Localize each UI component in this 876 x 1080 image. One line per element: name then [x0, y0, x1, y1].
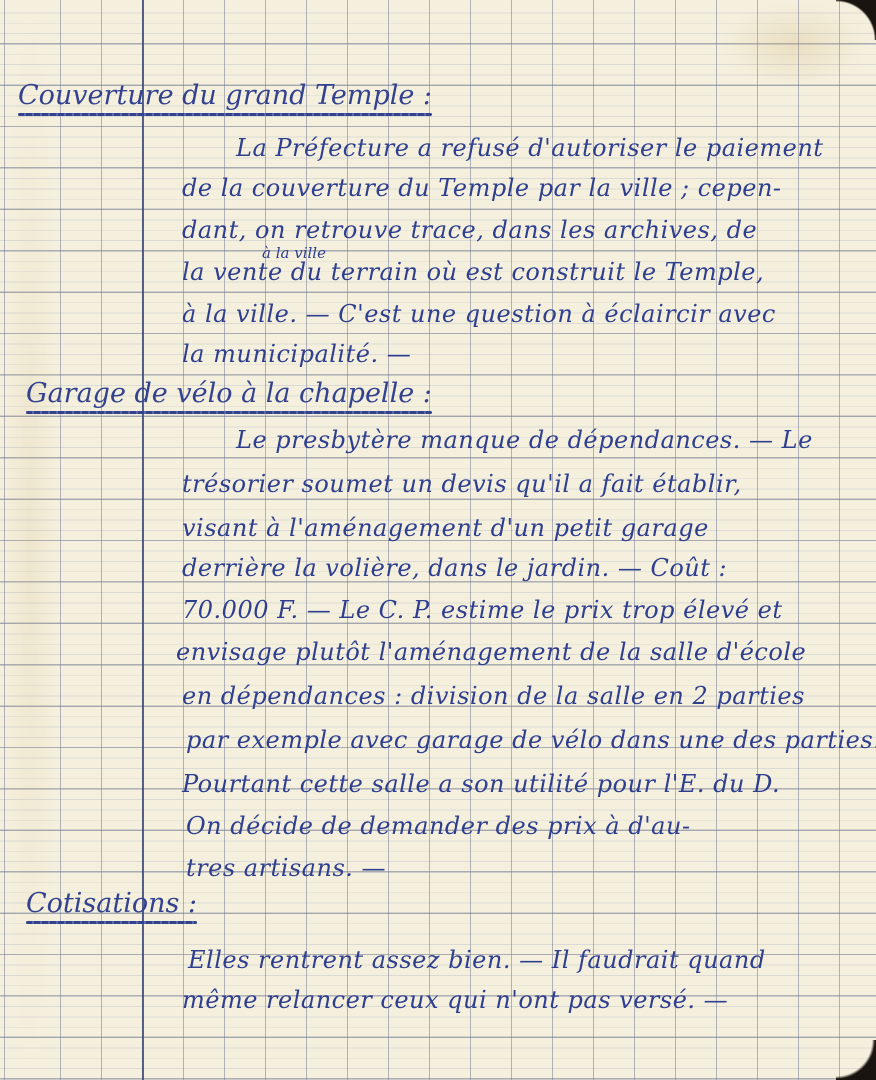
text-line: Elles rentrent assez bien. — Il faudrait… — [188, 948, 766, 972]
text-line: de la couverture du Temple par la ville … — [182, 176, 782, 200]
notebook-page: Couverture du grand Temple : La Préfectu… — [0, 0, 876, 1080]
heading-text: Couverture du grand Temple : — [18, 80, 432, 111]
text-line: tres artisans. — — [186, 856, 386, 880]
section-heading-garage: Garage de vélo à la chapelle : — [26, 378, 432, 414]
text-line: à la ville. — C'est une question à éclai… — [182, 302, 776, 326]
heading-underline — [18, 113, 432, 116]
text-line: envisage plutôt l'aménagement de la sall… — [176, 640, 806, 664]
text-line: en dépendances : division de la salle en… — [182, 684, 805, 708]
text-line: la vente du terrain où est construit le … — [182, 260, 764, 284]
heading-underline — [26, 411, 432, 414]
page-corner-top-right — [836, 0, 876, 40]
text-line: Le presbytère manque de dépendances. — L… — [236, 428, 813, 452]
text-line: On décide de demander des prix à d'au- — [186, 814, 691, 838]
text-line: 70.000 F. — Le C. P. estime le prix trop… — [182, 598, 782, 622]
text-line: trésorier soumet un devis qu'il a fait é… — [182, 472, 742, 496]
text-line: même relancer ceux qui n'ont pas versé. … — [182, 988, 728, 1012]
heading-text: Garage de vélo à la chapelle : — [26, 378, 432, 409]
heading-text: Cotisations : — [26, 888, 197, 919]
section-heading-couverture: Couverture du grand Temple : — [18, 80, 432, 116]
text-line: visant à l'aménagement d'un petit garage — [182, 516, 709, 540]
text-line: dant, on retrouve trace, dans les archiv… — [182, 218, 757, 242]
text-line: la municipalité. — — [182, 342, 411, 366]
text-line: La Préfecture a refusé d'autoriser le pa… — [236, 136, 823, 160]
section-heading-cotisations: Cotisations : — [26, 888, 197, 924]
page-corner-bottom-right — [836, 1040, 876, 1080]
text-line: par exemple avec garage de vélo dans une… — [186, 728, 876, 752]
text-line: derrière la volière, dans le jardin. — C… — [182, 556, 727, 580]
text-line: Pourtant cette salle a son utilité pour … — [182, 772, 780, 796]
heading-underline — [26, 921, 197, 924]
